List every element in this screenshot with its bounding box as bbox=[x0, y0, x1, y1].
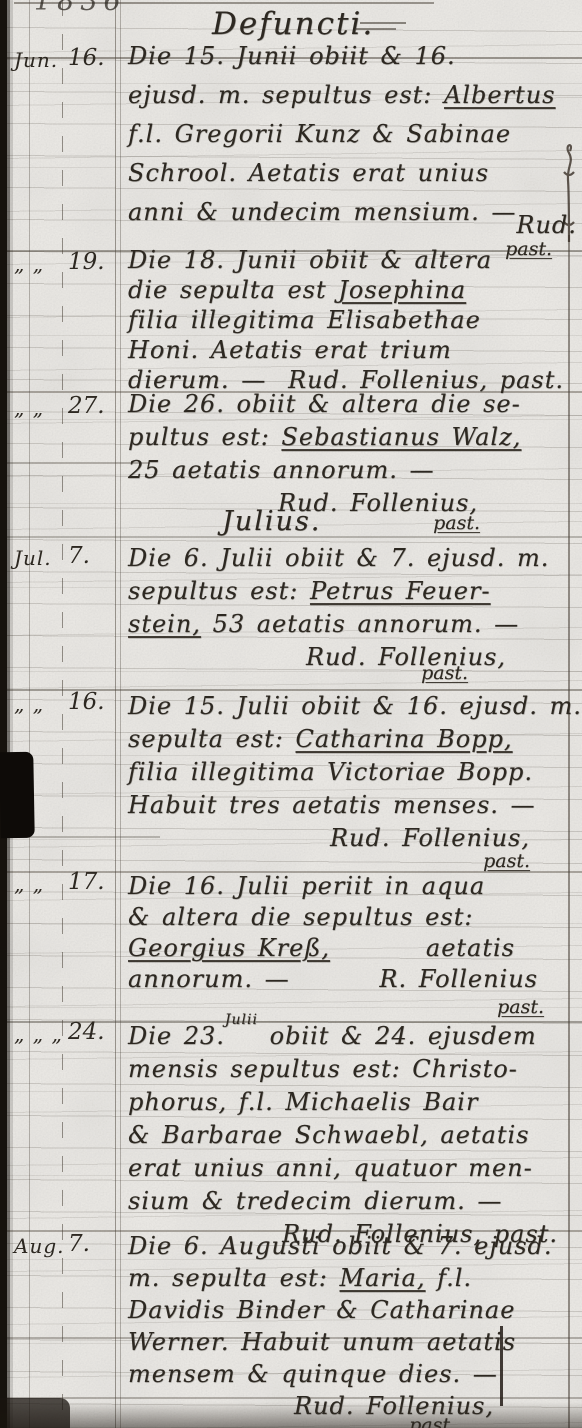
entry-line: & Barbarae Schwaebl, aetatis bbox=[128, 1121, 570, 1154]
line-text: Die 23. bbox=[128, 1022, 225, 1050]
entry-line: ejusd. m. sepultus est: Albertus bbox=[128, 81, 570, 120]
margin-month-label: Jun. bbox=[14, 48, 58, 72]
line-text: aetatis bbox=[426, 934, 570, 962]
margin-rule bbox=[62, 0, 63, 1428]
line-text: anni & undecim mensium. — bbox=[128, 198, 516, 226]
deceased-name: Catharina Bopp, bbox=[295, 725, 512, 753]
margin-day-number: 7. bbox=[68, 543, 90, 569]
line-text: mensis sepultus est: Christo- bbox=[128, 1055, 518, 1083]
margin-day-number: 19. bbox=[68, 249, 105, 275]
deceased-name: Petrus Feuer- bbox=[310, 577, 491, 605]
entry-line: Rud. Follenius, bbox=[128, 643, 570, 676]
entry-line: erat unius anni, quatuor men- bbox=[128, 1154, 570, 1187]
deceased-name: Sebastianus Walz, bbox=[281, 423, 521, 451]
entry-line: Davidis Binder & Catharinae bbox=[128, 1296, 570, 1328]
margin-month-label: „ „ bbox=[14, 252, 44, 276]
line-text: Die 16. Julii periit in aqua bbox=[128, 872, 485, 900]
line-text: Die 15. Julii obiit & 16. ejusd. m. bbox=[128, 692, 582, 720]
entry-line: Die 26. obiit & altera die se- bbox=[128, 390, 570, 423]
line-text: phorus, f.l. Michaelis Bair bbox=[128, 1088, 478, 1116]
entry-line: Die 18. Junii obiit & altera bbox=[128, 246, 570, 276]
line-text: Werner. Habuit unum aetatis bbox=[128, 1328, 516, 1356]
title-flourish bbox=[360, 22, 406, 24]
entry-line: Honi. Aetatis erat trium bbox=[128, 336, 570, 366]
ink-blot bbox=[0, 752, 35, 839]
line-text: die sepulta est bbox=[128, 276, 338, 304]
entry-line: sepultus est: Petrus Feuer- bbox=[128, 577, 570, 610]
column-rule bbox=[120, 0, 121, 1428]
pastor-abbrev: past. bbox=[497, 996, 544, 1018]
page-title: Defuncti. bbox=[212, 6, 374, 42]
margin-day-number: 16. bbox=[68, 689, 105, 715]
line-text: sium & tredecim dierum. — bbox=[128, 1187, 502, 1215]
entry-line: Werner. Habuit unum aetatis bbox=[128, 1328, 570, 1360]
line-text: erat unius anni, quatuor men- bbox=[128, 1154, 533, 1182]
entry-line: Die 23.Julii obiit & 24. ejusdem bbox=[128, 1022, 570, 1055]
line-text: Honi. Aetatis erat trium bbox=[128, 336, 452, 364]
line-text: 25 aetatis annorum. — bbox=[128, 456, 435, 484]
entry-line: sium & tredecim dierum. — bbox=[128, 1187, 570, 1220]
line-text: & Barbarae Schwaebl, aetatis bbox=[128, 1121, 530, 1149]
margin-month-label: Aug. bbox=[14, 1234, 64, 1258]
entry-text: Die 6. Julii obiit & 7. ejusd. m. sepult… bbox=[128, 540, 570, 676]
line-text: pultus est: bbox=[128, 423, 281, 451]
margin-day-number: 24. bbox=[68, 1019, 105, 1045]
entry-line: mensem & quinque dies. — bbox=[128, 1360, 570, 1392]
entry-line: anni & undecim mensium. —Rud. Follenius, bbox=[128, 198, 570, 237]
entry-line: Die 6. Augusti obiit & 7. ejusd. bbox=[128, 1232, 570, 1264]
entry-line: Rud. Follenius, bbox=[128, 489, 570, 522]
line-text: filia illegitima Elisabethae bbox=[128, 306, 481, 334]
entry-line: annorum. —R. Follenius bbox=[128, 965, 570, 996]
column-rule bbox=[115, 0, 116, 1428]
line-text: Die 6. Julii obiit & 7. ejusd. m. bbox=[128, 544, 549, 572]
entry-line: filia illegitima Elisabethae bbox=[128, 306, 570, 336]
entry-line: filia illegitima Victoriae Bopp. bbox=[128, 758, 570, 791]
entry-line: phorus, f.l. Michaelis Bair bbox=[128, 1088, 570, 1121]
deceased-name: Georgius Kreß, bbox=[128, 934, 330, 962]
line-text: m. sepulta est: bbox=[128, 1264, 340, 1292]
deceased-name: stein, bbox=[128, 610, 201, 638]
scan-corner-smudge bbox=[0, 1398, 70, 1428]
entry-line: 25 aetatis annorum. — bbox=[128, 456, 570, 489]
line-text: ejusd. m. sepultus est: bbox=[128, 81, 444, 109]
line-text: Die 15. Junii obiit & 16. bbox=[128, 42, 456, 70]
deceased-name: Josephina bbox=[338, 276, 466, 304]
margin-month-label: Jul. bbox=[14, 546, 52, 570]
entry-line: Die 15. Junii obiit & 16. bbox=[128, 42, 570, 81]
line-text: Die 26. obiit & altera die se- bbox=[128, 390, 521, 418]
register-page: 1836 Defuncti. Julius. Jun. 16. Die 15. … bbox=[0, 0, 582, 1428]
margin-day-number: 16. bbox=[68, 45, 105, 71]
line-text: obiit & 24. ejusdem bbox=[258, 1022, 537, 1050]
scan-left-edge bbox=[0, 0, 13, 1428]
line-text: sepultus est: bbox=[128, 577, 310, 605]
entry-line: sepulta est: Catharina Bopp, bbox=[128, 725, 570, 758]
line-text: mensem & quinque dies. — bbox=[128, 1360, 498, 1388]
line-text: Habuit tres aetatis menses. — bbox=[128, 791, 536, 819]
entry-text: Die 16. Julii periit in aqua & altera di… bbox=[128, 866, 570, 996]
title-flourish bbox=[356, 28, 396, 30]
signature: Rud. Follenius, bbox=[278, 489, 570, 517]
entry-line: & altera die sepultus est: bbox=[128, 903, 570, 934]
entry-text: Die 23.Julii obiit & 24. ejusdem mensis … bbox=[128, 1016, 570, 1253]
entry-line: stein, 53 aetatis annorum. — bbox=[128, 610, 570, 643]
entry-line: die sepulta est Josephina bbox=[128, 276, 570, 306]
year-fragment: 1836 bbox=[34, 0, 127, 17]
line-text: Die 6. Augusti obiit & 7. ejusd. bbox=[128, 1232, 553, 1260]
signature: Rud. Follenius, bbox=[330, 824, 570, 852]
entry-line: Die 6. Julii obiit & 7. ejusd. m. bbox=[128, 544, 570, 577]
signature: Rud. Follenius, bbox=[516, 211, 582, 239]
deceased-name: Albertus bbox=[444, 81, 555, 109]
entry-line: m. sepulta est: Maria, f.l. bbox=[128, 1264, 570, 1296]
line-text: Die 18. Junii obiit & altera bbox=[128, 246, 492, 274]
entry-line: Schrool. Aetatis erat unius bbox=[128, 159, 570, 198]
entry-text: Die 15. Junii obiit & 16. ejusd. m. sepu… bbox=[128, 42, 570, 237]
margin-month-label: „ „ bbox=[14, 396, 44, 420]
margin-day-number: 17. bbox=[68, 869, 105, 895]
entry-text: Die 15. Julii obiit & 16. ejusd. m. sepu… bbox=[128, 686, 570, 857]
entry-line: Rud. Follenius, bbox=[128, 1392, 570, 1424]
margin-month-label: „ „ bbox=[14, 692, 44, 716]
entry-text: Die 6. Augusti obiit & 7. ejusd. m. sepu… bbox=[128, 1228, 570, 1424]
pastor-abbrev: past. bbox=[421, 662, 468, 684]
line-text: f.l. Gregorii Kunz & Sabinae bbox=[128, 120, 511, 148]
margin-day-number: 7. bbox=[68, 1231, 90, 1257]
entry-line: mensis sepultus est: Christo- bbox=[128, 1055, 570, 1088]
entry-line: pultus est: Sebastianus Walz, bbox=[128, 423, 570, 456]
margin-month-label: „ „ bbox=[14, 872, 44, 896]
entry-text: Die 18. Junii obiit & altera die sepulta… bbox=[128, 246, 570, 396]
inserted-month: Julii bbox=[225, 1012, 258, 1028]
line-text: Davidis Binder & Catharinae bbox=[128, 1296, 515, 1324]
line-text: & altera die sepultus est: bbox=[128, 903, 473, 931]
entry-line: Die 16. Julii periit in aqua bbox=[128, 872, 570, 903]
line-text: filia illegitima Victoriae Bopp. bbox=[128, 758, 533, 786]
entry-text: Die 26. obiit & altera die se- pultus es… bbox=[128, 390, 570, 522]
deceased-name: Maria, bbox=[340, 1264, 426, 1292]
line-text: sepulta est: bbox=[128, 725, 295, 753]
pastor-abbrev: past. bbox=[409, 1414, 456, 1428]
line-text: f.l. bbox=[425, 1264, 472, 1292]
pastor-abbrev: past. bbox=[433, 512, 480, 534]
line-text: 53 aetatis annorum. — bbox=[201, 610, 519, 638]
entry-line: f.l. Gregorii Kunz & Sabinae bbox=[128, 120, 570, 159]
line-text: Schrool. Aetatis erat unius bbox=[128, 159, 489, 187]
entry-line: Georgius Kreß,aetatis bbox=[128, 934, 570, 965]
entry-line: Habuit tres aetatis menses. — bbox=[128, 791, 570, 824]
margin-month-label: „ „ „ bbox=[14, 1022, 63, 1046]
line-text: annorum. — bbox=[128, 965, 290, 993]
signature: R. Follenius bbox=[379, 965, 570, 993]
margin-day-number: 27. bbox=[68, 393, 105, 419]
entry-line: Die 15. Julii obiit & 16. ejusd. m. bbox=[128, 692, 570, 725]
